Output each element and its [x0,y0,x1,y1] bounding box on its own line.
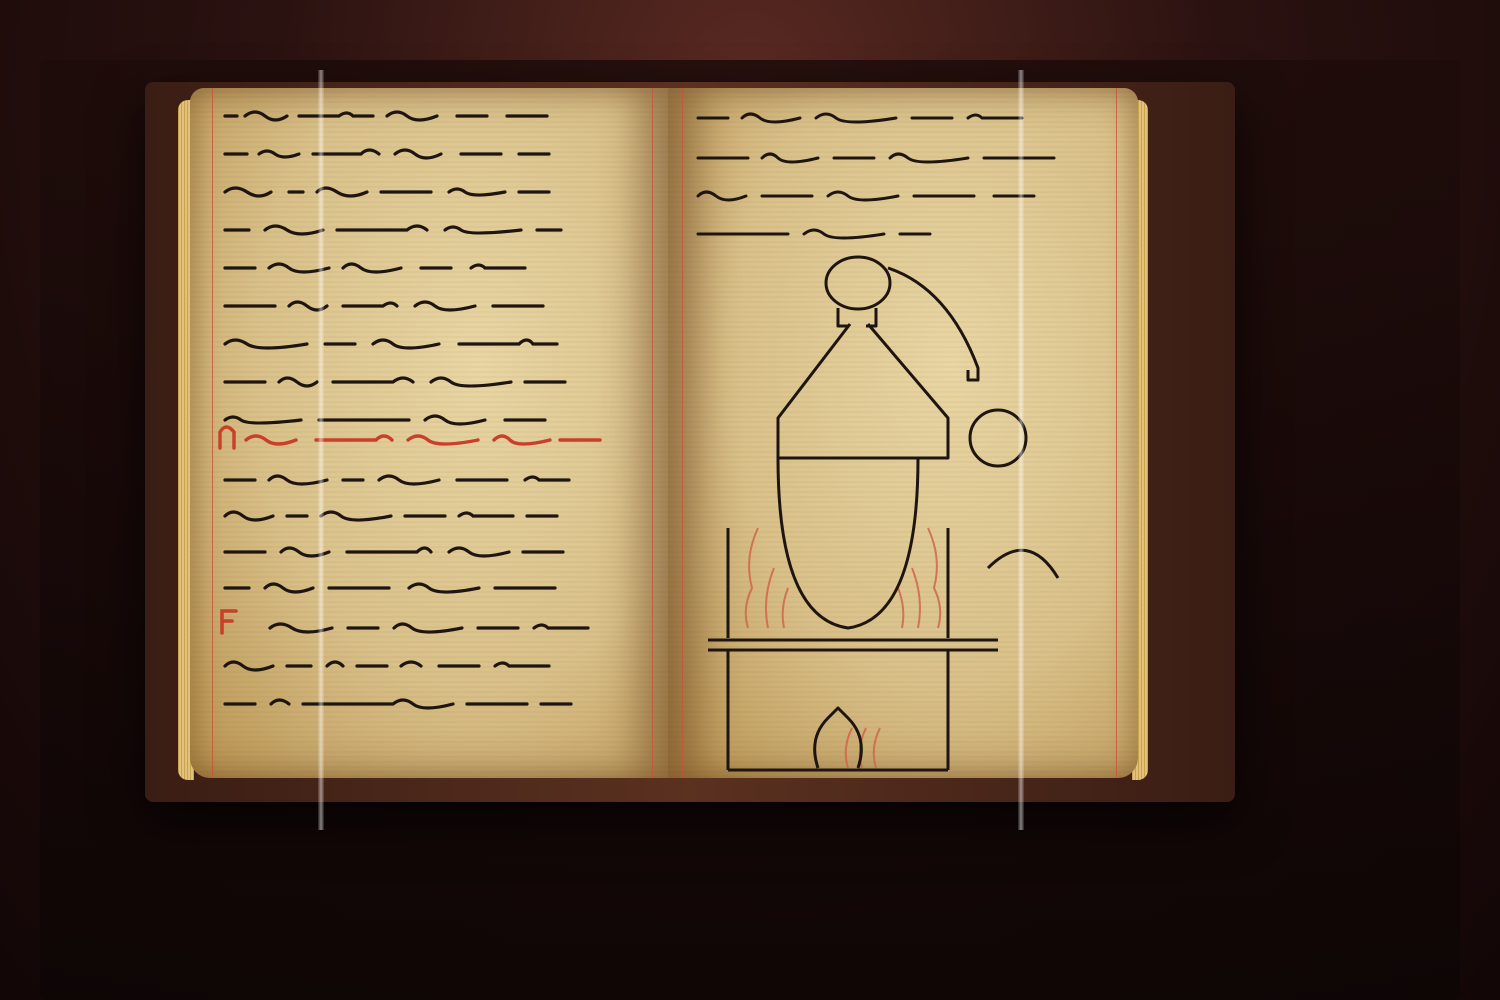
left-page [190,88,670,778]
display-strap [1018,70,1024,830]
museum-display: Open handwritten Armenian manuscript dis… [0,0,1500,1000]
alembic-illustration [668,88,1138,778]
rubric-initial [222,611,236,633]
handwritten-text-block [698,114,1054,238]
rubric-heading [220,427,600,448]
alembic-vessel [708,257,1058,770]
flame-icon [746,528,941,768]
display-strap [318,70,324,830]
right-page [668,88,1138,778]
handwritten-text-block [190,88,670,778]
